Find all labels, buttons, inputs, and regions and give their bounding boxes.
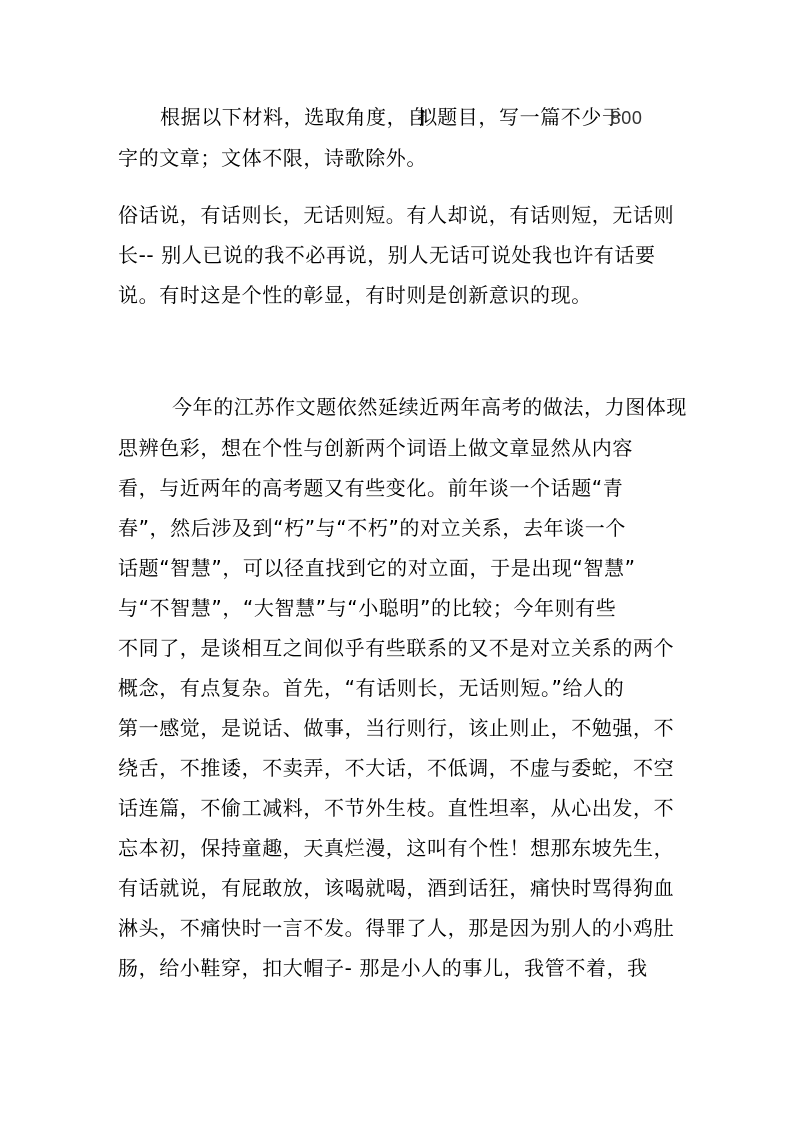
essay-line: 不同了，是谈相互之间似乎有些联系的又不是对立关系的两个	[118, 636, 674, 660]
essay-line: 淋头，不痛快时一言不发。得罪了人，那是因为别人的小鸡肚	[118, 916, 674, 940]
material-line: 说。有时这是个性的彰显，有时则是创新意识的现。	[118, 283, 592, 307]
essay-line: 与“不智慧”，“大智慧”与“小聪明”的比较；今年则有些	[118, 596, 616, 620]
essay-line: 话题“智慧”，可以径直找到它的对立面，于是出现“智慧”	[118, 556, 636, 580]
essay-line: 第一感觉，是说话、做事，当行则行，该止则止，不勉强，不	[118, 716, 674, 740]
prompt-overlapped-text: 自拟	[407, 105, 427, 129]
prompt-text: 题目，写一篇不少于	[437, 105, 622, 129]
material-line: 长-- 别人已说的我不必再说，别人无话可说处我也许有话要	[118, 243, 656, 267]
essay-line: 忘本初，保持童趣，天真烂漫，这叫有个性！想那东坡先生，	[118, 836, 674, 860]
prompt-line-1: 根据以下材料，选取角度，自拟题目，写一篇不少于800	[160, 105, 642, 130]
prompt-text: 根据以下材料，选取角度，	[160, 105, 407, 129]
essay-line: 肠，给小鞋穿，扣大帽子- 那是小人的事儿，我管不着，我	[118, 956, 648, 980]
essay-line: 绕舌，不推诿，不卖弄，不大话，不低调，不虚与委蛇，不空	[118, 756, 674, 780]
essay-line: 看，与近两年的高考题又有些变化。前年谈一个话题“青	[118, 476, 623, 500]
essay-line: 春”，然后涉及到“朽”与“不朽”的对立关系，去年谈一个	[118, 516, 626, 540]
essay-line: 话连篇，不偷工减料，不节外生枝。直性坦率，从心出发，不	[118, 796, 674, 820]
essay-line: 今年的江苏作文题依然延续近两年高考的做法，力图体现	[172, 395, 687, 419]
prompt-line-2: 字的文章；文体不限，诗歌除外。	[118, 146, 427, 170]
essay-line: 思辨色彩，想在个性与创新两个词语上做文章显然从内容	[118, 436, 633, 460]
essay-line: 有话就说，有屁敢放，该喝就喝，酒到话狂，痛快时骂得狗血	[118, 876, 674, 900]
material-line: 俗话说，有话则长，无话则短。有人却说，有话则短，无话则	[118, 203, 674, 227]
word-count-number: 800	[611, 108, 643, 128]
essay-line: 概念，有点复杂。首先，“有话则长，无话则短。”给人的	[118, 676, 624, 700]
